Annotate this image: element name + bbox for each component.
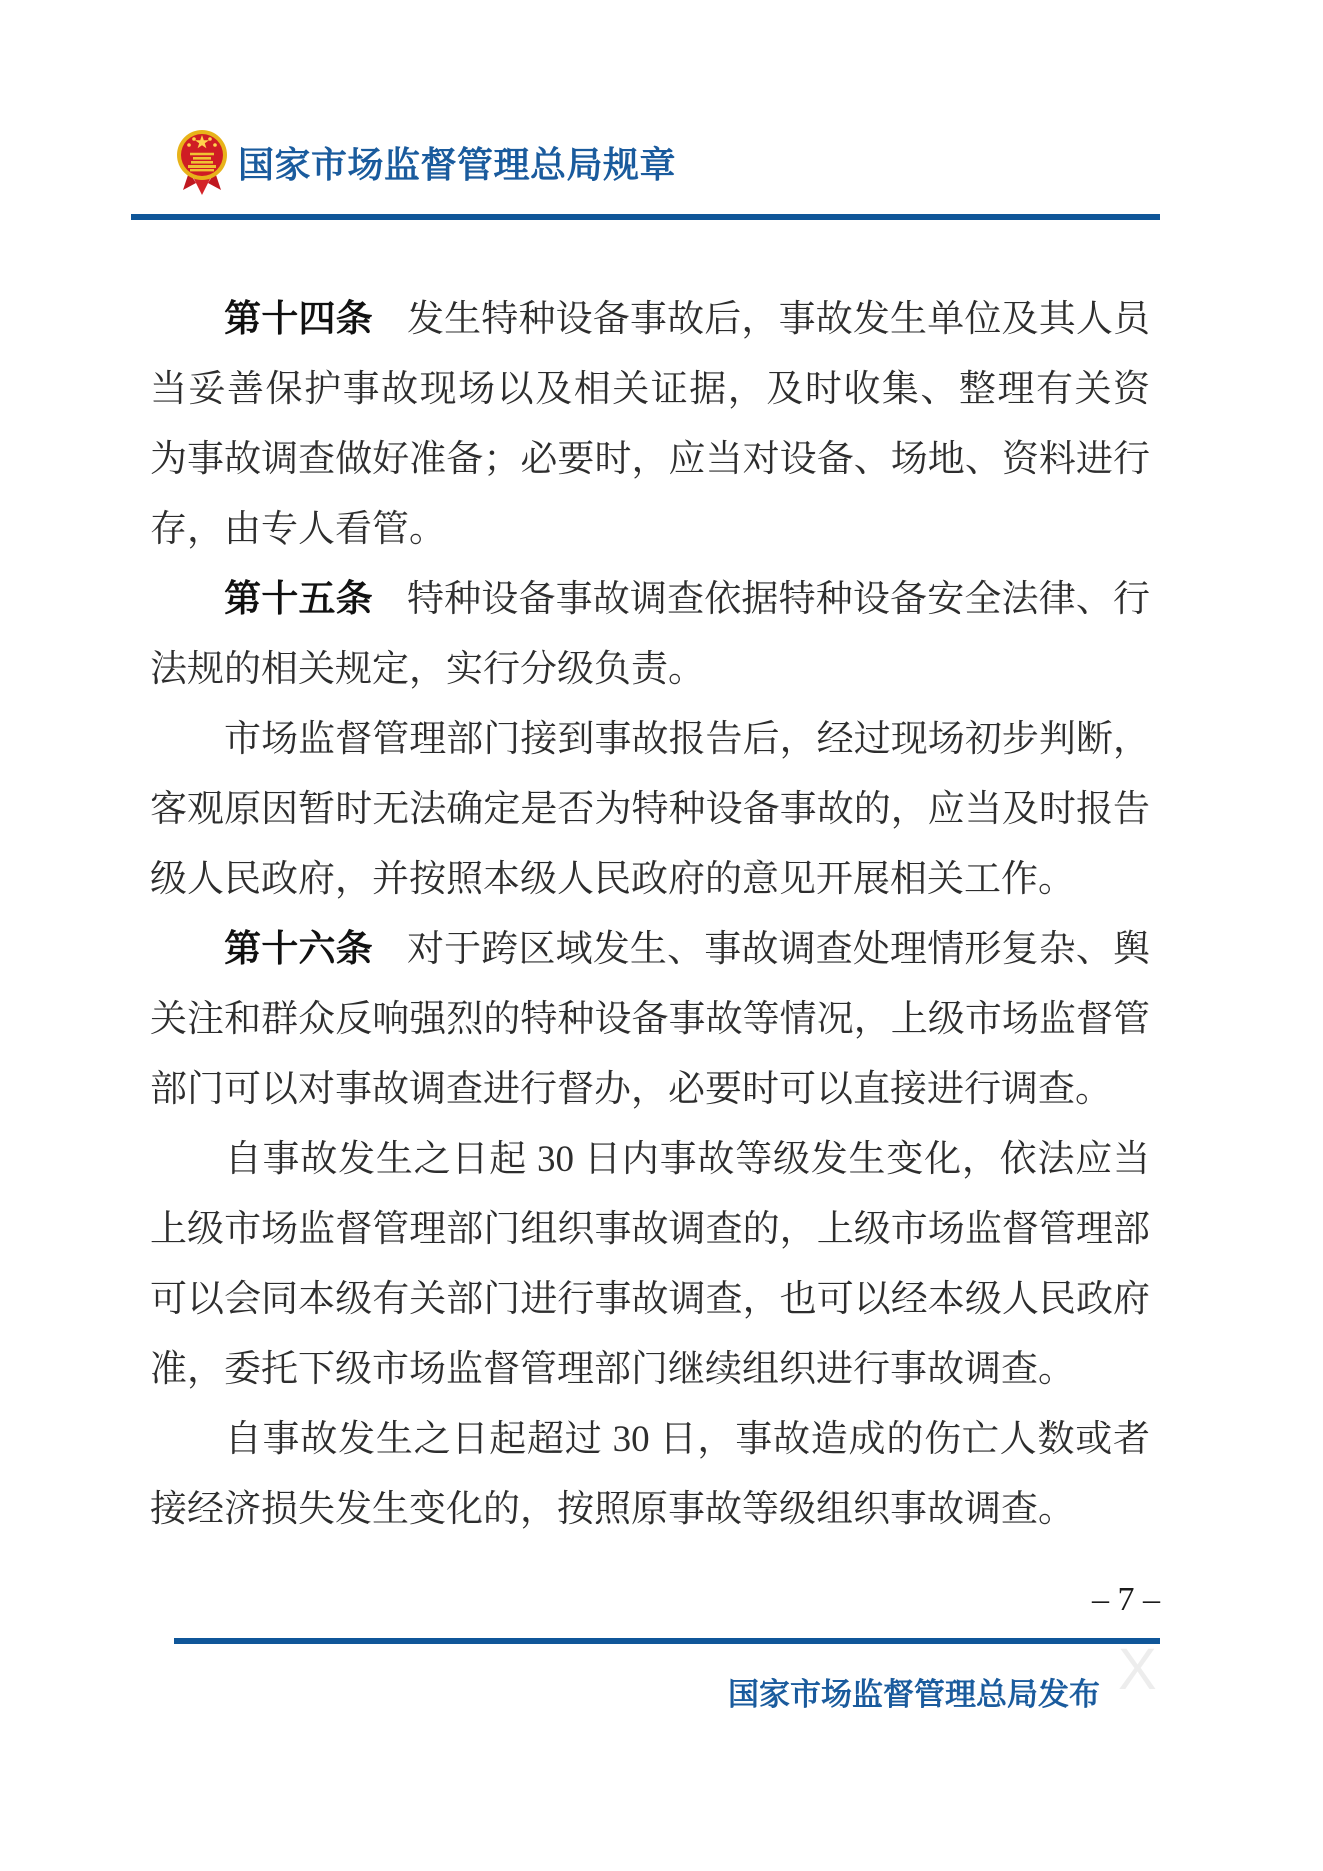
- body-line: 准，委托下级市场监督管理部门继续组织进行事故调查。: [150, 1335, 1150, 1405]
- body-line: 客观原因暂时无法确定是否为特种设备事故的，应当及时报告本: [150, 775, 1150, 845]
- body-line: 部门可以对事故调查进行督办，必要时可以直接进行调查。: [150, 1055, 1150, 1125]
- page-number: – 7 –: [990, 1581, 1160, 1619]
- body-line: 级人民政府，并按照本级人民政府的意见开展相关工作。: [150, 845, 1150, 915]
- article-number: 第十六条: [224, 929, 373, 970]
- body-line: 市场监督管理部门接到事故报告后，经过现场初步判断，因: [150, 705, 1150, 775]
- body-line: 第十四条发生特种设备事故后，事故发生单位及其人员应: [150, 285, 1150, 355]
- national-emblem-icon: [176, 128, 228, 196]
- body-line: 存，由专人看管。: [150, 495, 1150, 565]
- document-page: 国家市场监督管理总局规章 第十四条发生特种设备事故后，事故发生单位及其人员应当妥…: [0, 0, 1323, 1871]
- body-line: 为事故调查做好准备；必要时，应当对设备、场地、资料进行封: [150, 425, 1150, 495]
- publisher-line: 国家市场监督管理总局发布: [150, 1669, 1100, 1714]
- body-line-text: 自事故发生之日起超过 30 日，事故造成的伤亡人数或者直: [150, 1419, 1150, 1475]
- footer-divider: [174, 1638, 1160, 1644]
- document-body: 第十四条发生特种设备事故后，事故发生单位及其人员应当妥善保护事故现场以及相关证据…: [150, 285, 1150, 1545]
- page-header: 国家市场监督管理总局规章: [176, 126, 676, 198]
- watermark-glyph: X: [1118, 1636, 1157, 1703]
- body-line-text: 自事故发生之日起 30 日内事故等级发生变化，依法应当由: [150, 1139, 1150, 1195]
- body-line: 自事故发生之日起 30 日内事故等级发生变化，依法应当由: [150, 1125, 1150, 1195]
- body-line: 关注和群众反响强烈的特种设备事故等情况，上级市场监督管理: [150, 985, 1150, 1055]
- body-line: 法规的相关规定，实行分级负责。: [150, 635, 1150, 705]
- article-number: 第十五条: [224, 579, 373, 620]
- header-divider: [131, 214, 1160, 220]
- body-line: 上级市场监督管理部门组织事故调查的，上级市场监督管理部门: [150, 1195, 1150, 1265]
- body-line: 自事故发生之日起超过 30 日，事故造成的伤亡人数或者直: [150, 1405, 1150, 1475]
- body-line: 当妥善保护事故现场以及相关证据，及时收集、整理有关资料，: [150, 355, 1150, 425]
- body-line: 第十六条对于跨区域发生、事故调查处理情形复杂、舆论: [150, 915, 1150, 985]
- article-number: 第十四条: [224, 299, 373, 340]
- body-line: 可以会同本级有关部门进行事故调查，也可以经本级人民政府批: [150, 1265, 1150, 1335]
- page-title: 国家市场监督管理总局规章: [238, 137, 676, 188]
- body-line: 第十五条特种设备事故调查依据特种设备安全法律、行政: [150, 565, 1150, 635]
- body-line: 接经济损失发生变化的，按照原事故等级组织事故调查。: [150, 1475, 1150, 1545]
- body-line-text: 市场监督管理部门接到事故报告后，经过现场初步判断，因: [150, 719, 1150, 775]
